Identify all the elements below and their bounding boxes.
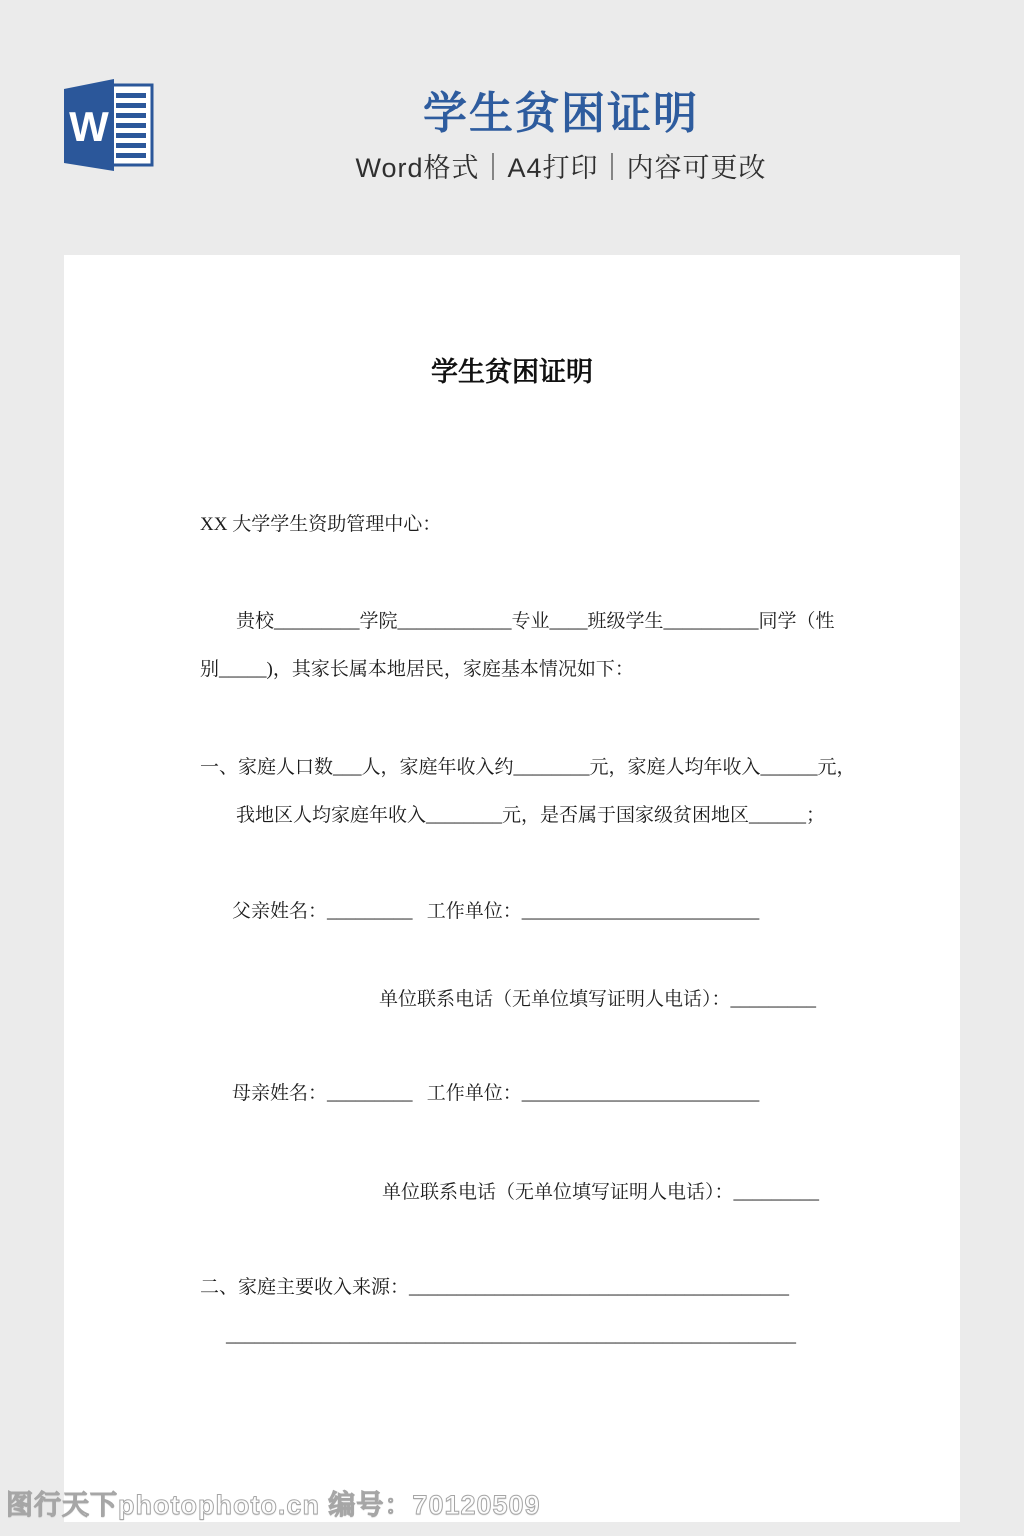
template-title: 学生贫困证明 bbox=[211, 88, 911, 140]
doc-line-family-income-1: 一、家庭人口数___人，家庭年收入约________元，家庭人均年收入_____… bbox=[200, 754, 856, 782]
header-text-block: 学生贫困证明 Word格式｜A4打印｜内容可更改 bbox=[211, 88, 911, 184]
doc-line-income-source: 二、家庭主要收入来源：_____________________________… bbox=[200, 1274, 789, 1302]
doc-line-mother-info: 母亲姓名：_________ 工作单位：____________________… bbox=[232, 1080, 759, 1108]
doc-line-family-income-2: 我地区人均家庭年收入________元，是否属于国家级贫困地区______； bbox=[236, 802, 825, 830]
word-document-icon: W bbox=[62, 76, 156, 174]
doc-line-father-phone: 单位联系电话（无单位填写证明人电话）：_________ bbox=[379, 986, 816, 1014]
site-header: W 学生贫困证明 Word格式｜A4打印｜内容可更改 bbox=[0, 0, 1024, 255]
doc-line-salutation: XX 大学学生资助管理中心： bbox=[200, 511, 441, 539]
doc-line-student-info-2: 别_____)，其家长属本地居民，家庭基本情况如下： bbox=[200, 656, 634, 684]
doc-line-income-source-blank: ________________________________________… bbox=[226, 1322, 796, 1350]
site-watermark: 图行天下photophoto.cn 编号：70120509 bbox=[6, 1488, 541, 1522]
doc-line-mother-phone: 单位联系电话（无单位填写证明人电话）：_________ bbox=[382, 1179, 819, 1207]
doc-line-father-info: 父亲姓名：_________ 工作单位：____________________… bbox=[232, 898, 759, 926]
template-subtitle: Word格式｜A4打印｜内容可更改 bbox=[211, 152, 911, 184]
word-icon-letter: W bbox=[69, 103, 109, 150]
document-title: 学生贫困证明 bbox=[64, 355, 960, 389]
document-page: 学生贫困证明 XX 大学学生资助管理中心： 贵校_________学院_____… bbox=[64, 255, 960, 1522]
doc-line-student-info-1: 贵校_________学院____________专业____班级学生_____… bbox=[236, 608, 835, 636]
